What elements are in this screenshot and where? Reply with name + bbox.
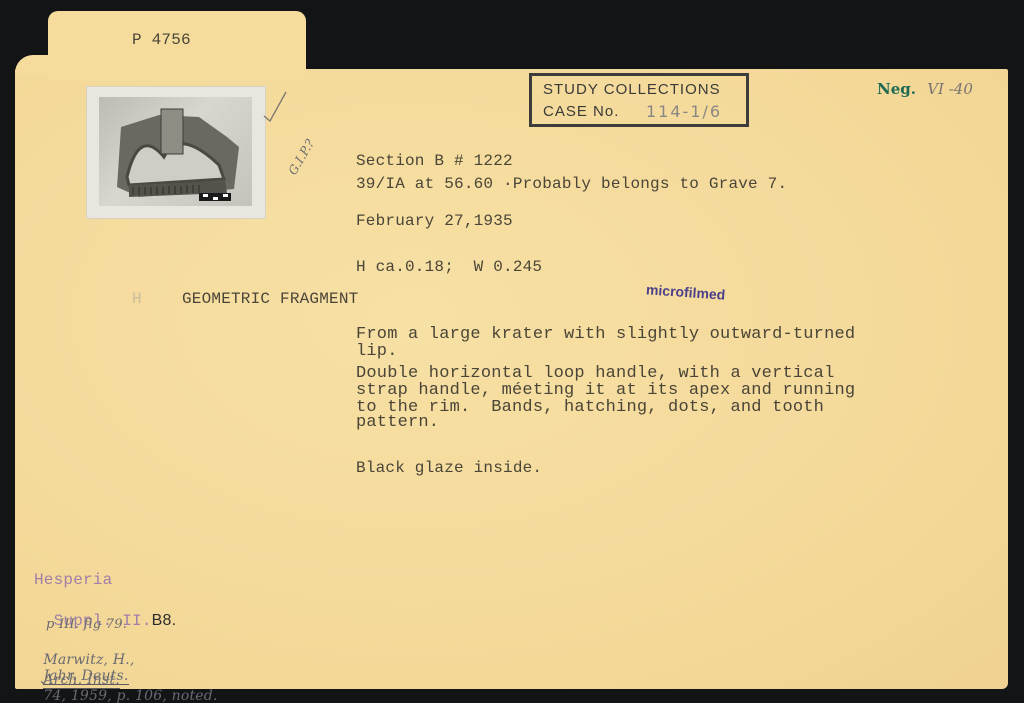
negative-value: VI -40 <box>927 80 973 98</box>
catalog-number: P 4756 <box>132 31 191 49</box>
study-collections-stamp: STUDY COLLECTIONS CASE No. 114-1/6 <box>529 73 749 127</box>
checkmark-icon <box>262 88 290 124</box>
bibliography-citation: Arch. Inst. 74, 1959, p. 106, noted. <box>34 656 218 703</box>
stamp-case-label: CASE No. <box>543 103 619 120</box>
object-photograph <box>86 86 266 219</box>
tab-corner <box>15 55 65 75</box>
photo-image <box>99 97 252 206</box>
citation-details: 74, 1959, p. 106, noted. <box>43 688 217 703</box>
bibliography-plate: p III. fig 79. <box>46 617 127 632</box>
bibliography-journal: Hesperia <box>34 571 112 589</box>
description-line: pattern. <box>356 414 439 431</box>
krater-fragment-icon <box>99 97 252 206</box>
journal-name-continued: Arch. Inst. <box>43 672 120 689</box>
stamp-title: STUDY COLLECTIONS <box>543 81 721 98</box>
glaze-note: Black glaze inside. <box>356 459 542 477</box>
supplement-handwritten: B8. <box>152 612 177 629</box>
category-mark: H <box>132 290 142 308</box>
object-title: GEOMETRIC FRAGMENT <box>182 290 358 308</box>
description-line: strap handle, méeting it at its apex and… <box>356 382 855 399</box>
dimensions: H ca.0.18; W 0.245 <box>356 258 542 276</box>
case-number: 114-1/6 <box>646 102 722 121</box>
negative-number: Neg. VI -40 <box>877 80 973 98</box>
negative-label: Neg. <box>877 80 916 98</box>
description-line: From a large krater with slightly outwar… <box>356 326 855 343</box>
findspot: 39/IA at 56.60 ·Probably belongs to Grav… <box>356 175 787 193</box>
section-number: Section B # 1222 <box>356 152 513 170</box>
description-line: lip. <box>356 343 398 360</box>
date: February 27,1935 <box>356 212 513 230</box>
description-line: Double horizontal loop handle, with a ve… <box>356 365 834 382</box>
